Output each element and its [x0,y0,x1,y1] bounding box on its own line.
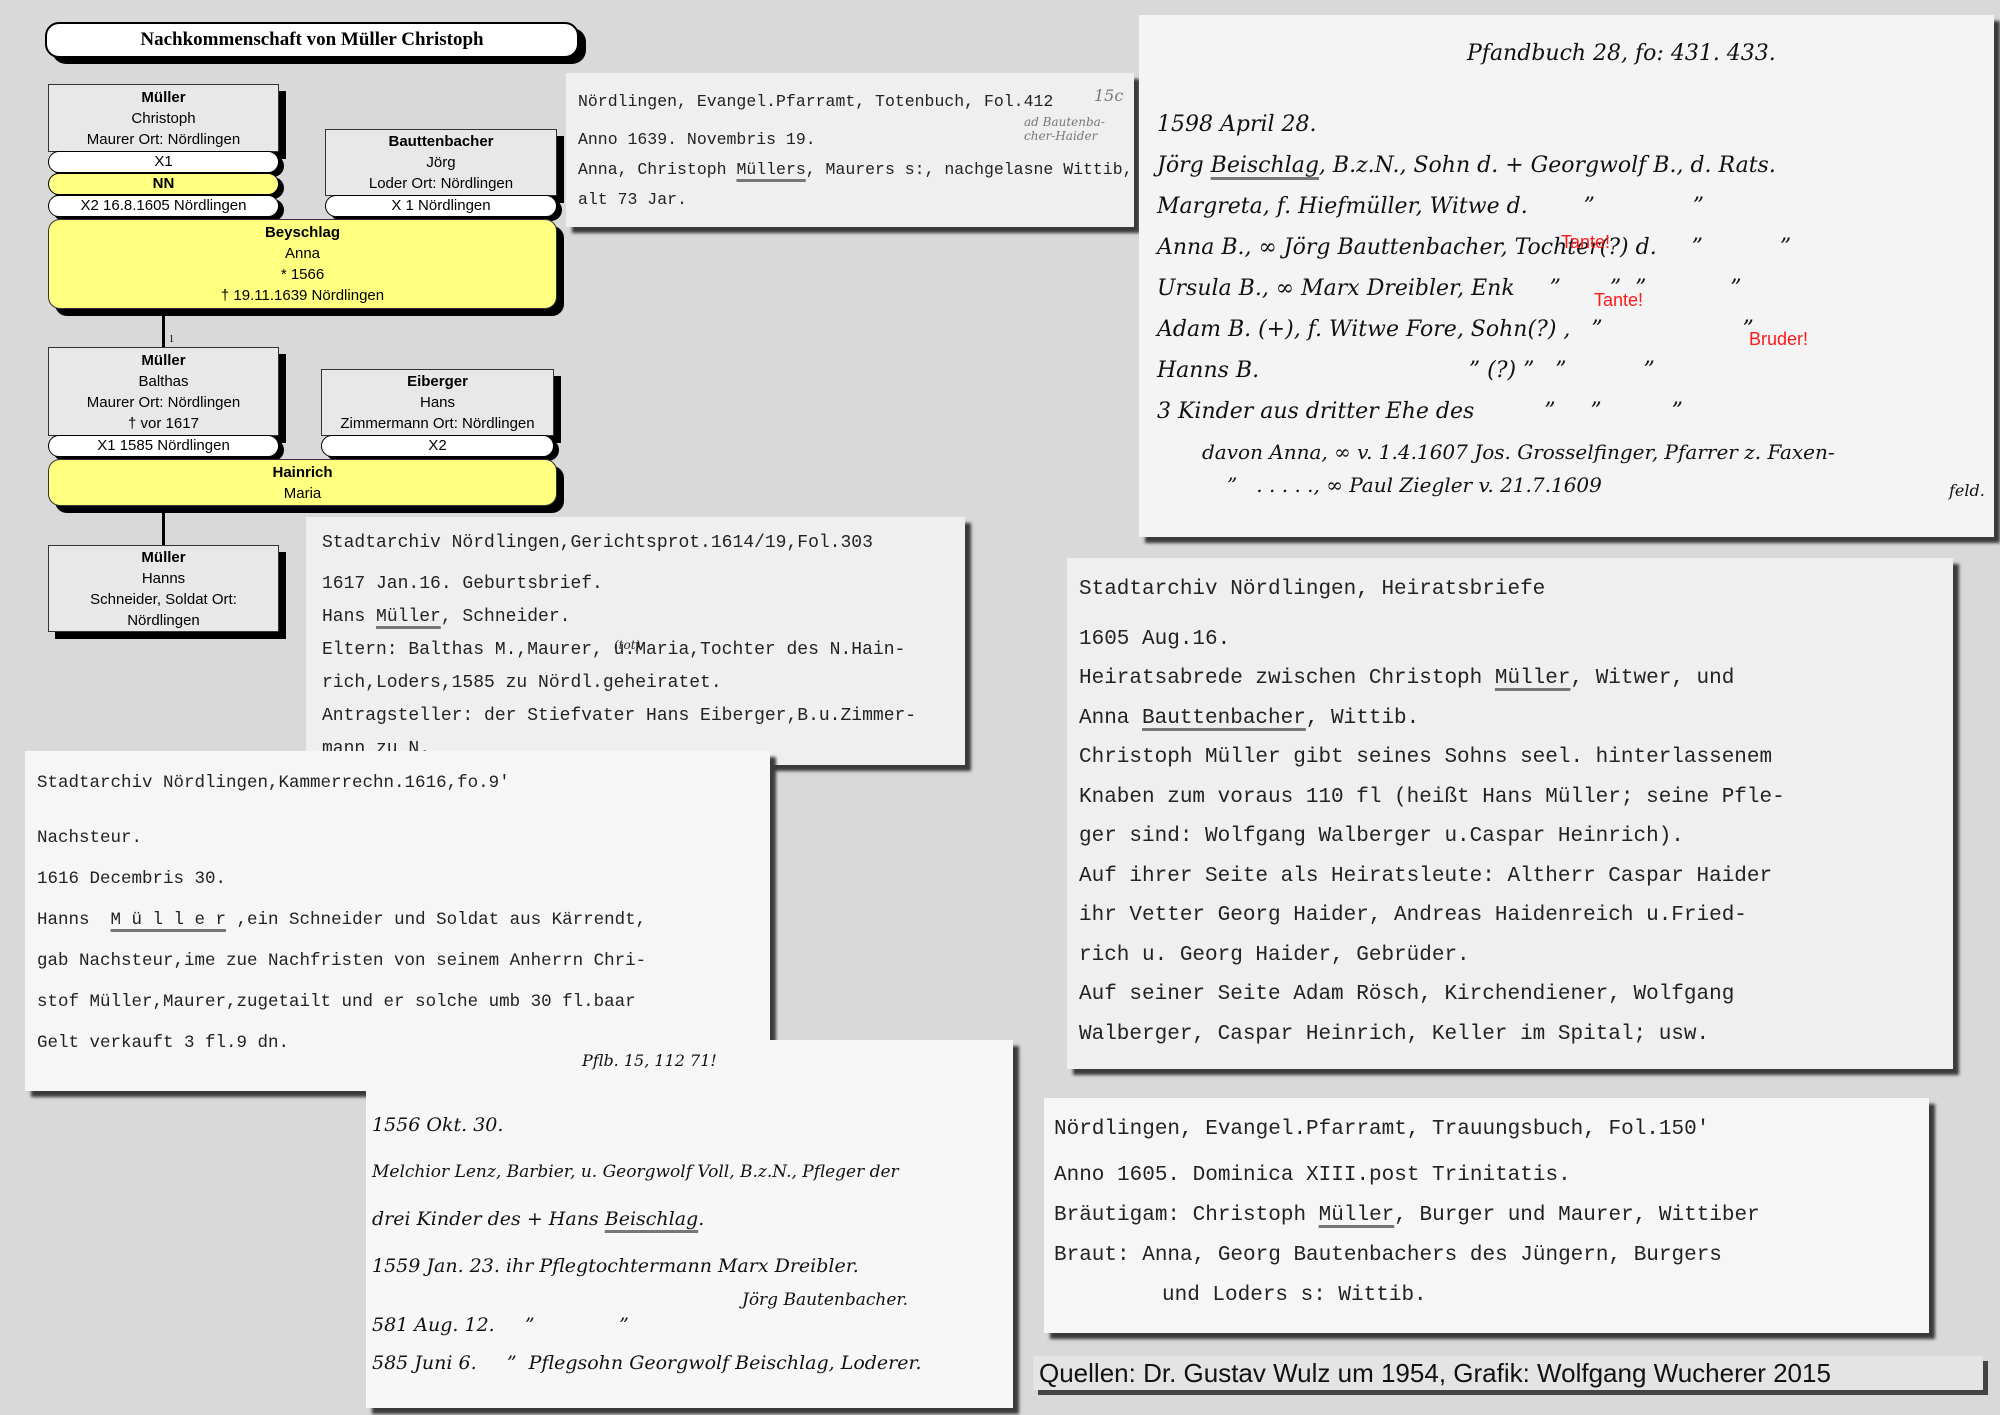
text: Heiratsabrede zwischen Christoph [1079,667,1495,690]
doc-line: Anna, Christoph Müllers, Maurers s:, nac… [578,155,1122,185]
underlined-name: Bauttenbacher [1142,707,1306,730]
surname: Müller [49,547,278,568]
doc-line: Bräutigam: Christoph Müller, Burger und … [1054,1196,1919,1236]
doc-line: Anna Bauttenbacher, Wittib. [1079,699,1941,739]
marriage-pill-joerg: X 1 Nördlingen [325,195,557,217]
descent-line [162,513,165,546]
underlined-name: M ü l l e r [111,910,227,930]
marriage-pill-x2: X2 16.8.1605 Nördlingen [48,195,279,217]
doc-line: und Loders s: Wittib. [1054,1276,1919,1316]
occupation-place: Maurer Ort: Nördlingen [49,129,278,150]
doc-header: Stadtarchiv Nördlingen,Kammerrechn.1616,… [37,763,758,804]
doc-line: 1605 Aug.16. [1079,620,1941,660]
doc-line: Anno 1605. Dominica XIII.post Trinitatis… [1054,1156,1919,1196]
person-box-anna-beyschlag[interactable]: Beyschlag Anna * 1566 † 19.11.1639 Nördl… [48,219,557,309]
occupation-place: Maurer Ort: Nördlingen [49,392,278,413]
annotation-bruder: Bruder! [1749,319,1808,360]
surname: Eiberger [322,371,553,392]
annotation-tante: Tante! [1594,280,1643,321]
occupation: Schneider, Soldat Ort: [49,589,278,610]
underlined-name: Müllers [736,160,805,179]
doc-line: ” . . . . ., ∞ Paul Ziegler v. 21.7.1609 [1157,465,1976,506]
doc-line: 1617 Jan.16. Geburtsbrief. [322,568,949,601]
person-box-hans-eiberger[interactable]: Eiberger Hans Zimmermann Ort: Nördlingen [321,369,554,436]
document-totenbuch: Nördlingen, Evangel.Pfarramt, Totenbuch,… [566,73,1134,227]
doc-line: Braut: Anna, Georg Bautenbachers des Jün… [1054,1236,1919,1276]
given-name: Hanns [49,568,278,589]
spouse-pill-nn[interactable]: NN [48,173,279,195]
given-name: Jörg [326,152,556,173]
marriage-pill-eiberger: X2 [321,435,554,457]
person-box-joerg-bauttenbacher[interactable]: Bauttenbacher Jörg Loder Ort: Nördlingen [325,129,557,196]
death: † 19.11.1639 Nördlingen [49,285,556,306]
surname: Bauttenbacher [326,131,556,152]
doc-line: Nachsteur. [37,818,758,859]
doc-line: alt 73 Jar. [578,185,1122,215]
text: Jörg [1157,153,1211,178]
text: , B.z.N., Sohn d. + Georgwolf B., d. Rat… [1319,153,1776,178]
doc-line: Heiratsabrede zwischen Christoph Müller,… [1079,659,1941,699]
text: Hans [322,607,376,627]
place: Nördlingen [49,610,278,631]
text: . [698,1208,704,1230]
person-box-maria-hainrich[interactable]: Hainrich Maria [48,459,557,506]
doc-header: Pflb. 15, 112 71! [372,1048,1007,1074]
text: Anna, Christoph [578,160,736,179]
doc-line: 1556 Okt. 30. [372,1102,1007,1149]
doc-line: drei Kinder des + Hans Beischlag. [372,1196,1007,1243]
doc-line: stof Müller,Maurer,zugetailt und er solc… [37,982,758,1023]
occupation-place: Zimmermann Ort: Nördlingen [322,413,553,434]
given-name: Balthas [49,371,278,392]
surname: Beyschlag [49,222,556,243]
doc-line: 1559 Jan. 23. ihr Pflegtochtermann Marx … [372,1243,1007,1290]
text: Hanns [37,910,111,930]
doc-header: Nördlingen, Evangel.Pfarramt, Totenbuch,… [578,87,1122,117]
person-box-balthas-mueller[interactable]: Müller Balthas Maurer Ort: Nördlingen † … [48,347,279,436]
surname: Müller [49,87,278,108]
occupation-place: Loder Ort: Nördlingen [326,173,556,194]
doc-line: 581 Aug. 12. ” ” [372,1310,1007,1340]
doc-line: Walberger, Caspar Heinrich, Keller im Sp… [1079,1015,1941,1055]
annotation-tante: Tante! [1561,222,1610,263]
given-name: Maria [49,483,556,504]
pencil-note-line: cher-Haider [1024,129,1105,143]
doc-line: Margreta, f. Hiefmüller, Witwe d. ” ” [1157,186,1976,227]
document-pfandbuch: Pfandbuch 28, fo: 431. 433. 1598 April 2… [1139,15,1994,537]
text: Anna [1079,707,1142,730]
death: † vor 1617 [49,413,278,434]
handwritten-note: (tot) [614,629,640,662]
given-name: Christoph [49,108,278,129]
given-name: Anna [49,243,556,264]
doc-line-wrap: feld. [1949,470,1985,511]
underlined-name: Müller [376,607,441,627]
person-box-christoph-mueller[interactable]: Müller Christoph Maurer Ort: Nördlingen [48,84,279,152]
surname: Hainrich [49,462,556,483]
pencil-note-line: ad Bautenba- [1024,115,1105,129]
doc-line: Hanns M ü l l e r ,ein Schneider und Sol… [37,900,758,941]
doc-line: Auf ihrer Seite als Heiratsleute: Alther… [1079,857,1941,897]
document-heiratsbriefe: Stadtarchiv Nördlingen, Heiratsbriefe 16… [1067,558,1953,1069]
birth: * 1566 [49,264,556,285]
doc-line: Antragsteller: der Stiefvater Hans Eiber… [322,700,949,733]
doc-header: Nördlingen, Evangel.Pfarramt, Trauungsbu… [1054,1110,1919,1150]
doc-line: 1616 Decembris 30. [37,859,758,900]
doc-line: ger sind: Wolfgang Walberger u.Caspar He… [1079,817,1941,857]
doc-line: Jörg Beischlag, B.z.N., Sohn d. + Georgw… [1157,145,1976,186]
doc-line: Knaben zum voraus 110 fl (heißt Hans Mül… [1079,778,1941,818]
text: , Maurers s:, nachgelasne Wittib, [806,160,1133,179]
doc-line: 1598 April 28. [1157,104,1976,145]
text: , Schneider. [441,607,571,627]
sources-caption: Quellen: Dr. Gustav Wulz um 1954, Grafik… [1033,1356,1983,1390]
marriage-pill-x1: X1 [48,151,279,173]
doc-line: Christoph Müller gibt seines Sohns seel.… [1079,738,1941,778]
doc-line: Adam B. (+), f. Witwe Fore, Sohn(?) , ” … [1157,309,1976,350]
text: drei Kinder des + Hans [372,1208,605,1230]
doc-header: Stadtarchiv Nördlingen,Gerichtsprot.1614… [322,527,949,560]
chart-title: Nachkommenschaft von Müller Christoph [45,22,579,58]
text: ,ein Schneider und Soldat aus Kärrendt, [226,910,646,930]
text: , Wittib. [1306,707,1419,730]
doc-line: Jörg Bautenbacher. [372,1290,1007,1310]
marriage-pill-balthas: X1 1585 Nördlingen [48,435,279,457]
margin-note: 15c [1094,81,1123,111]
underlined-name: Müller [1319,1204,1395,1227]
generation-label: 1 [169,334,174,345]
document-gerichtsprot: Stadtarchiv Nördlingen,Gerichtsprot.1614… [306,517,965,765]
surname: Müller [49,350,278,371]
doc-line: Ursula B., ∞ Marx Dreibler, Enk ” ” ” ” [1157,268,1976,309]
pencil-note: ad Bautenba- cher-Haider [1024,115,1105,143]
doc-line: 585 Juni 6. ” Pflegsohn Georgwolf Beisch… [372,1340,1007,1387]
doc-line: Hanns B. ” (?) ” ” ” [1157,350,1976,391]
text: Bräutigam: Christoph [1054,1204,1319,1227]
doc-line: 3 Kinder aus dritter Ehe des ” ” ” [1157,391,1976,432]
doc-header: Pfandbuch 28, fo: 431. 433. [1157,33,1976,74]
underlined-name: Beischlag [1211,153,1319,178]
document-pflegbuch: Pflb. 15, 112 71! 1556 Okt. 30. Melchior… [366,1040,1013,1408]
document-trauungsbuch: Nördlingen, Evangel.Pfarramt, Trauungsbu… [1044,1098,1929,1333]
text: , Witwer, und [1571,667,1735,690]
doc-line: rich,Loders,1585 zu Nördl.geheiratet. [322,667,949,700]
doc-line: Auf seiner Seite Adam Rösch, Kirchendien… [1079,975,1941,1015]
doc-line: Melchior Lenz, Barbier, u. Georgwolf Vol… [372,1149,1007,1196]
given-name: Hans [322,392,553,413]
doc-header: Stadtarchiv Nördlingen, Heiratsbriefe [1079,570,1941,610]
text: , Burger und Maurer, Wittiber [1394,1204,1759,1227]
underlined-name: Müller [1495,667,1571,690]
person-box-hanns-mueller[interactable]: Müller Hanns Schneider, Soldat Ort: Nörd… [48,545,279,632]
doc-line: rich u. Georg Haider, Gebrüder. [1079,936,1941,976]
doc-line: gab Nachsteur,ime zue Nachfristen von se… [37,941,758,982]
doc-line: ihr Vetter Georg Haider, Andreas Haidenr… [1079,896,1941,936]
descent-line [162,316,165,348]
underlined-name: Beischlag [605,1208,698,1230]
